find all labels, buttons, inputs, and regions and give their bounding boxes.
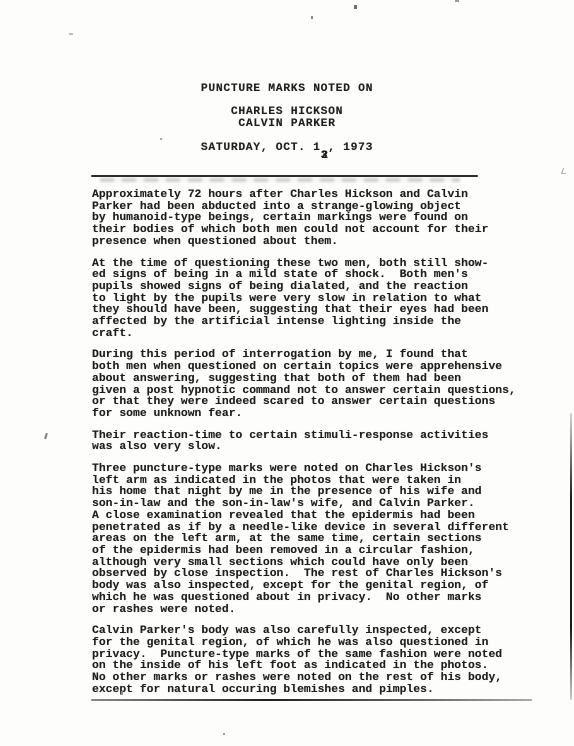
subject-names: CHARLES HICKSONCALVIN PARKER (0, 106, 574, 131)
paragraph-2: At the time of questioning these two men… (92, 259, 537, 341)
paragraph-3: During this period of interrogation by m… (92, 350, 537, 420)
right-edge-scan-line (570, 413, 572, 700)
document-title: PUNCTURE MARKS NOTED ON (0, 83, 574, 95)
paragraph-4: Their reaction-time to certain stimuli-r… (92, 431, 537, 454)
scan-squiggle (561, 168, 568, 174)
body-paragraphs: Approximately 72 hours after Charles Hic… (92, 190, 537, 706)
scan-speck (160, 138, 162, 140)
scan-speck (69, 33, 73, 35)
paragraph-6: Calvin Parker's body was also carefully … (92, 626, 537, 696)
date-prefix: SATURDAY, OCT. 1 (201, 142, 321, 154)
document-page: PUNCTURE MARKS NOTED ON CHARLES HICKSONC… (0, 0, 574, 746)
header-divider-line (91, 175, 478, 177)
margin-stray-mark (44, 433, 47, 439)
paragraph-1: Approximately 72 hours after Charles Hic… (92, 190, 537, 249)
scan-speck (311, 16, 313, 19)
scan-speck (455, 0, 459, 2)
subject-name-parker: CALVIN PARKER (238, 118, 335, 130)
document-date: SATURDAY, OCT. 132, 1973 (0, 142, 574, 154)
scan-speck (354, 5, 357, 9)
bleed-through-smudge (100, 178, 460, 182)
date-suffix: , 1973 (328, 142, 373, 154)
subject-name-hickson: CHARLES HICKSON (231, 106, 343, 118)
paragraph-5: Three puncture-type marks were noted on … (92, 464, 537, 616)
scan-speck (223, 733, 225, 735)
